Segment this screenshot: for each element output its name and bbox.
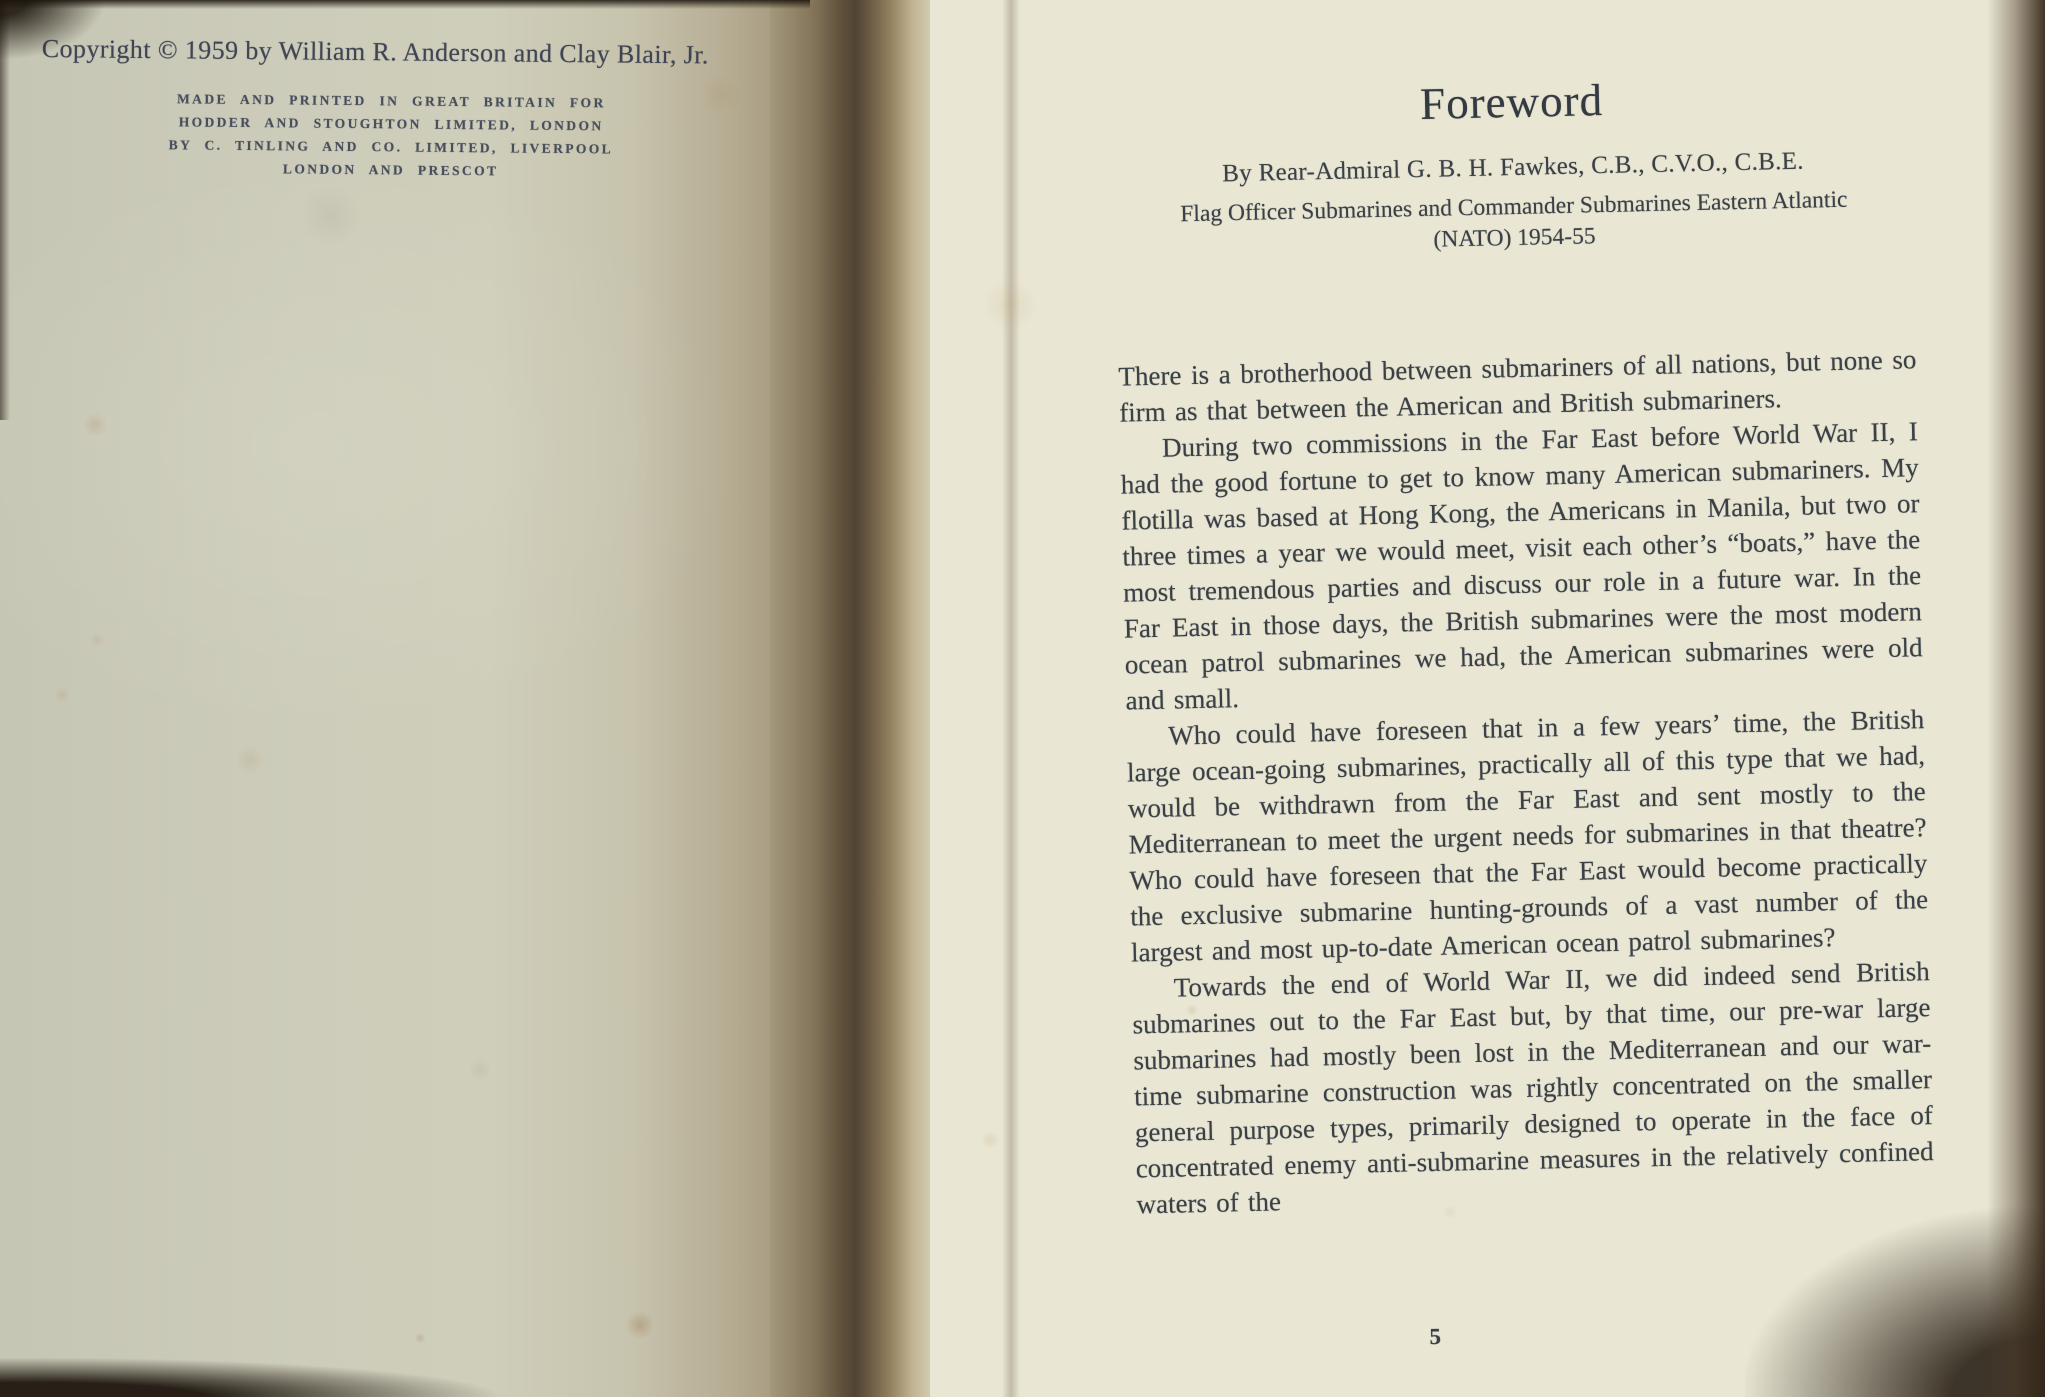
body-paragraph: Towards the end of World War II, we did … [1131,953,1934,1222]
open-book-photo: Copyright © 1959 by William R. Anderson … [0,0,2045,1397]
right-page-content: Foreword By Rear-Admiral G. B. H. Fawkes… [1112,67,1935,1222]
imprint-block: MADE AND PRINTED IN GREAT BRITAIN FORHOD… [41,86,742,185]
byline: By Rear-Admiral G. B. H. Fawkes, C.B., C… [1114,145,1912,190]
photo-shadow-right-edge [1987,0,2045,1397]
gutter-shadow [770,0,935,1397]
body-paragraph: During two commissions in the Far East b… [1120,413,1924,718]
page-crease [1002,0,1020,1397]
page-number: 5 [1429,1324,1441,1350]
photo-shadow-top-left [0,0,150,95]
body-text: There is a brotherhood between submarine… [1118,341,1935,1222]
photo-shadow-bottom-left [0,1345,560,1397]
photo-shadow-left-edge [0,0,10,420]
subtitle: Flag Officer Submarines and Commander Su… [1115,183,1914,262]
body-paragraph: Who could have foreseen that in a few ye… [1126,701,1929,970]
left-page [0,0,790,1397]
